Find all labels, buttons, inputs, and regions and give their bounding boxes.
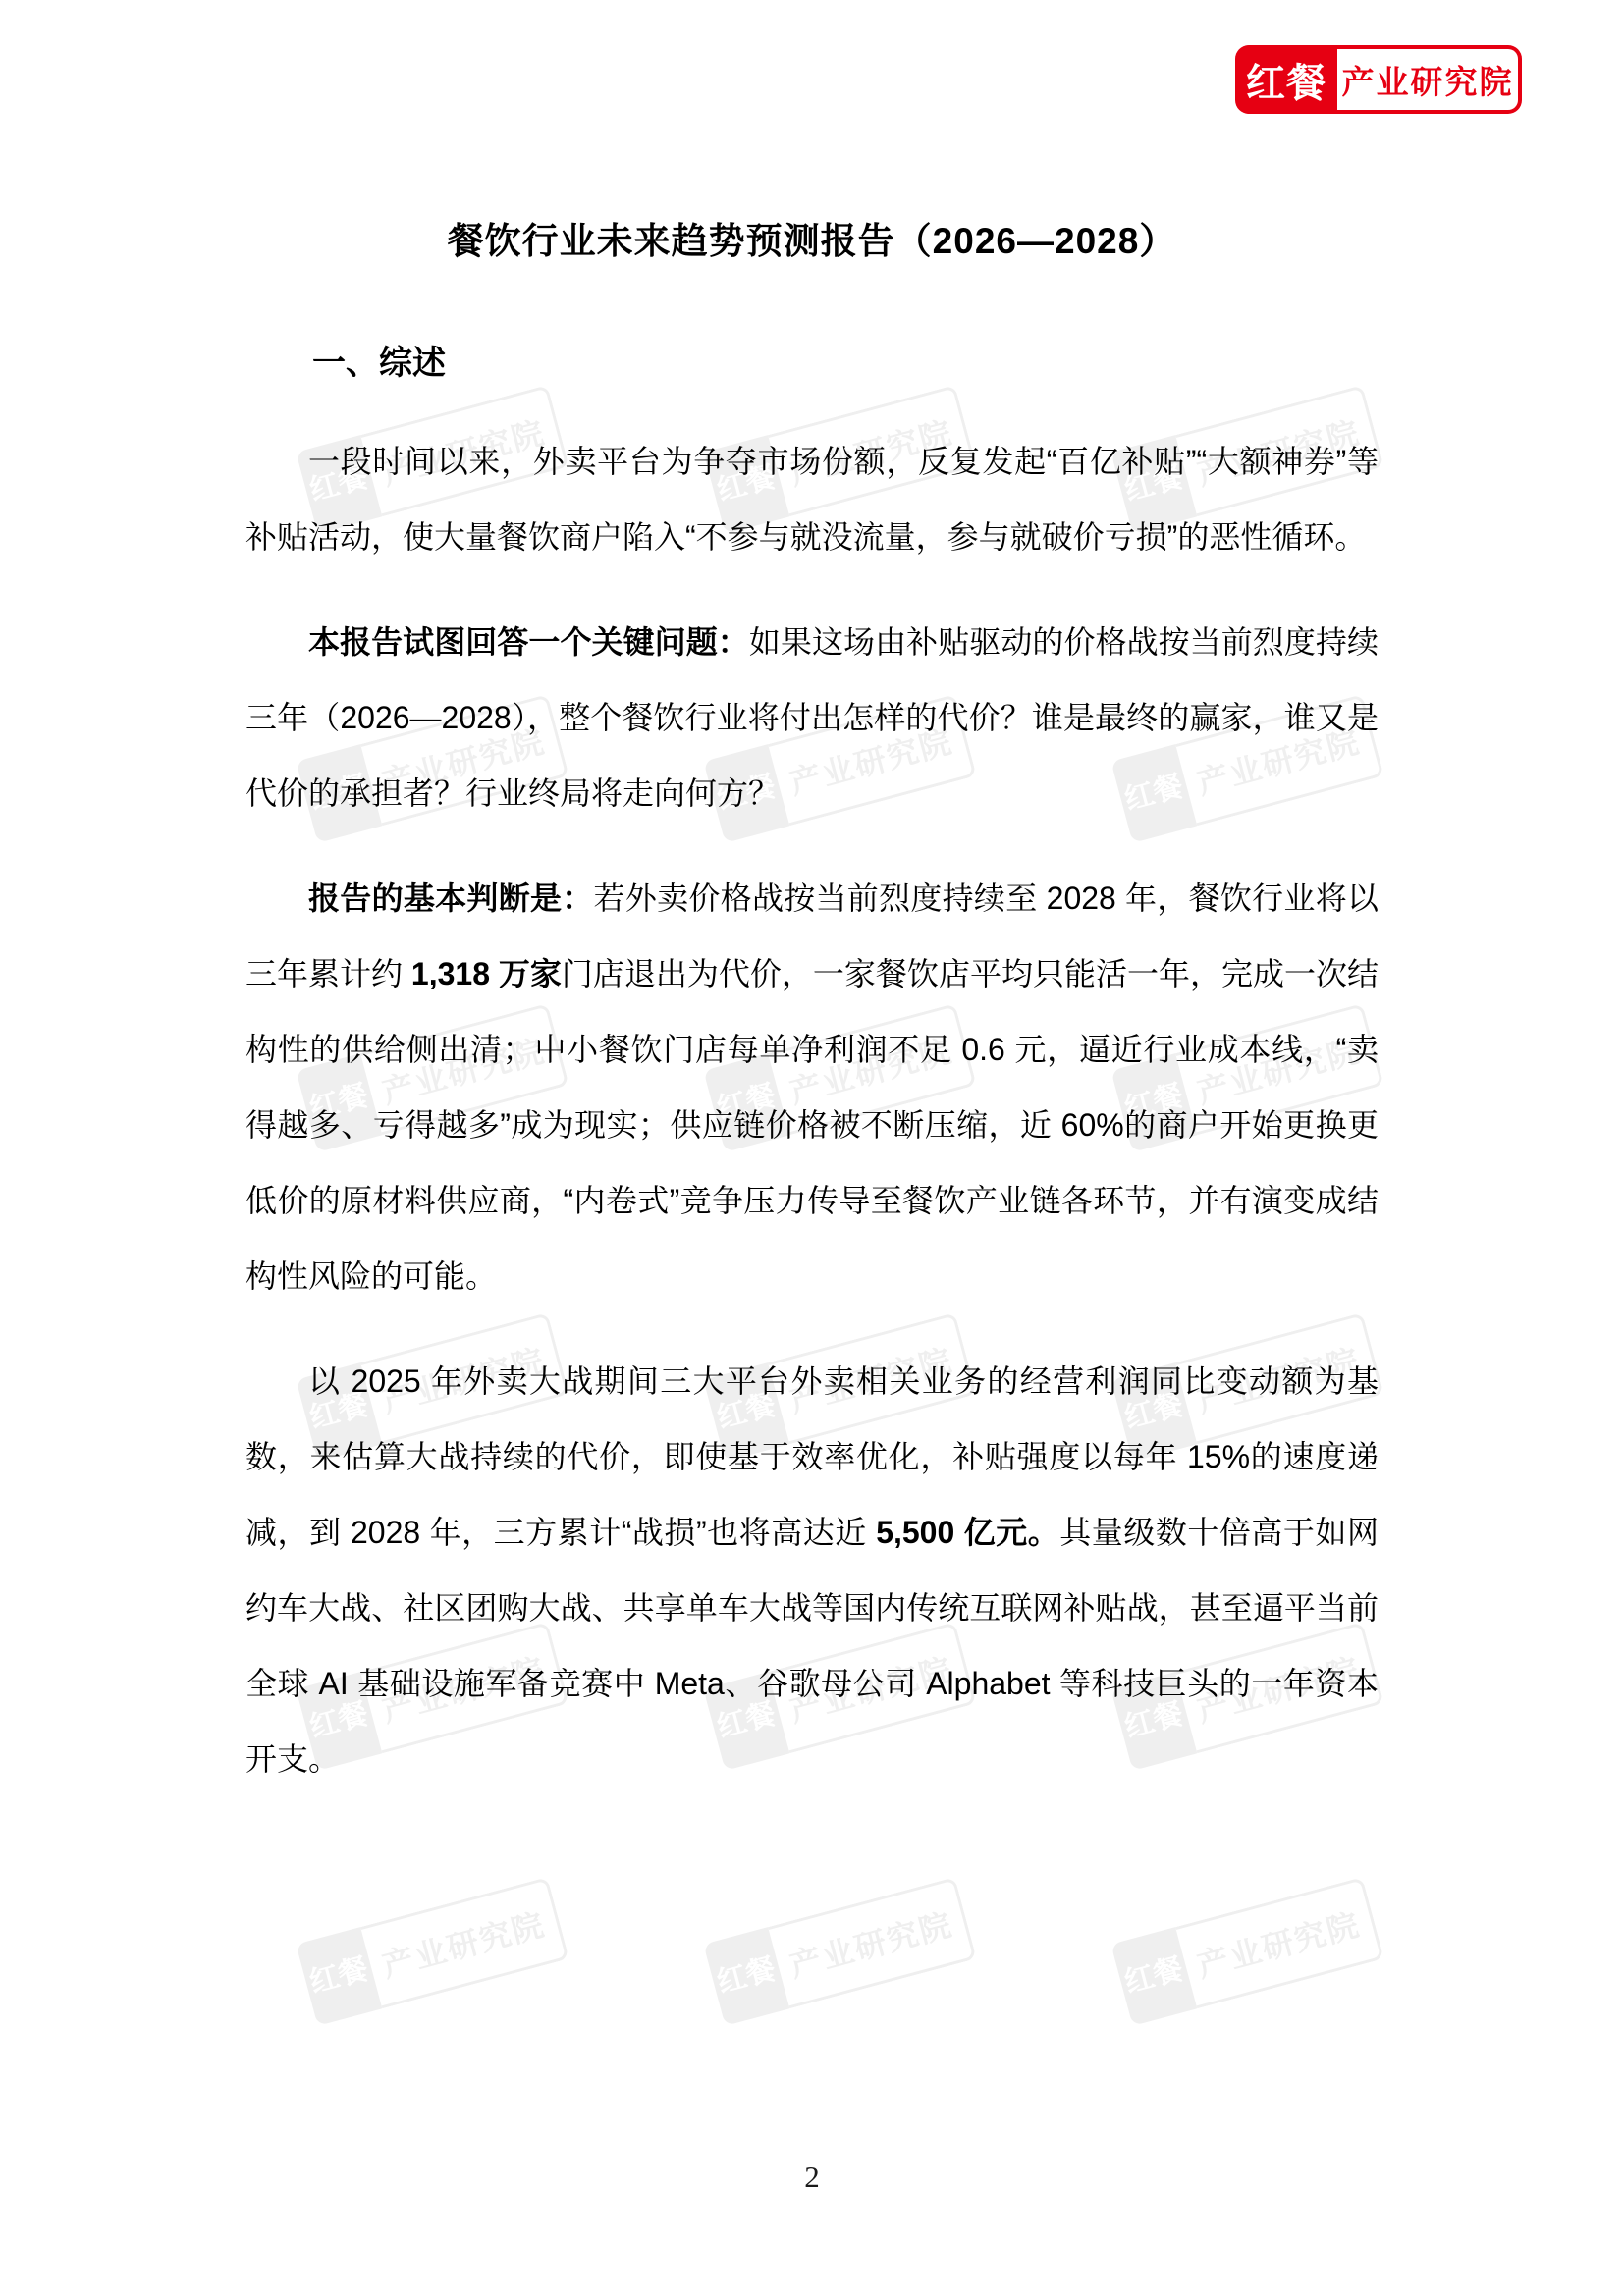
watermark-mark-text: 红餐 [296, 1927, 382, 2026]
watermark-institute-text: 产业研究院 [768, 1877, 977, 2008]
report-content: 餐饮行业未来趋势预测报告（2026—2028） 一、综述 一段时间以来，外卖平台… [245, 218, 1379, 1797]
text-run: 一段时间以来，外卖平台为争夺市场份额，反复发起“百亿补贴”“大额神券”等补贴活动… [245, 444, 1379, 555]
watermark-logo: 红餐产业研究院 [296, 1877, 568, 2026]
page-header: 红餐 产业研究院 [1235, 45, 1522, 114]
watermark-mark-text: 红餐 [1110, 1927, 1197, 2026]
page-footer: 2 [0, 2160, 1624, 2195]
report-title: 餐饮行业未来趋势预测报告（2026—2028） [245, 218, 1379, 265]
watermark-institute-text: 产业研究院 [360, 1877, 569, 2008]
emphasis-text-run: 5,500 亿元。 [876, 1515, 1059, 1550]
body-paragraph: 本报告试图回答一个关键问题：如果这场由补贴驱动的价格战按当前烈度持续三年（202… [245, 605, 1379, 831]
text-run: 其量级数十倍高于如网约车大战、社区团购大战、共享单车大战等国内传统互联网补贴战，… [245, 1515, 1379, 1777]
section-heading: 一、综述 [245, 344, 1379, 383]
document-page: 红餐产业研究院红餐产业研究院红餐产业研究院红餐产业研究院红餐产业研究院红餐产业研… [0, 0, 1624, 2296]
emphasis-text-run: 本报告试图回答一个关键问题： [308, 624, 749, 660]
hongcan-logo-mark: 红餐 [1235, 45, 1337, 114]
page-number: 2 [804, 2160, 820, 2194]
body-paragraphs: 一段时间以来，外卖平台为争夺市场份额，反复发起“百亿补贴”“大额神券”等补贴活动… [245, 424, 1379, 1797]
body-paragraph: 以 2025 年外卖大战期间三大平台外卖相关业务的经营利润同比变动额为基数，来估… [245, 1344, 1379, 1797]
emphasis-text-run: 1,318 万家 [411, 956, 562, 991]
emphasis-text-run: 报告的基本判断是： [308, 881, 594, 916]
hongcan-logo: 红餐 产业研究院 [1235, 45, 1522, 114]
watermark-logo: 红餐产业研究院 [1110, 1877, 1383, 2026]
body-paragraph: 报告的基本判断是：若外卖价格战按当前烈度持续至 2028 年，餐饮行业将以三年累… [245, 861, 1379, 1314]
watermark-mark-text: 红餐 [703, 1927, 789, 2026]
text-run: 门店退出为代价，一家餐饮店平均只能活一年，完成一次结构性的供给侧出清；中小餐饮门… [245, 956, 1379, 1294]
body-paragraph: 一段时间以来，外卖平台为争夺市场份额，反复发起“百亿补贴”“大额神券”等补贴活动… [245, 424, 1379, 575]
hongcan-logo-institute-label: 产业研究院 [1337, 45, 1522, 114]
watermark-institute-text: 产业研究院 [1175, 1877, 1384, 2008]
watermark-logo: 红餐产业研究院 [703, 1877, 976, 2026]
